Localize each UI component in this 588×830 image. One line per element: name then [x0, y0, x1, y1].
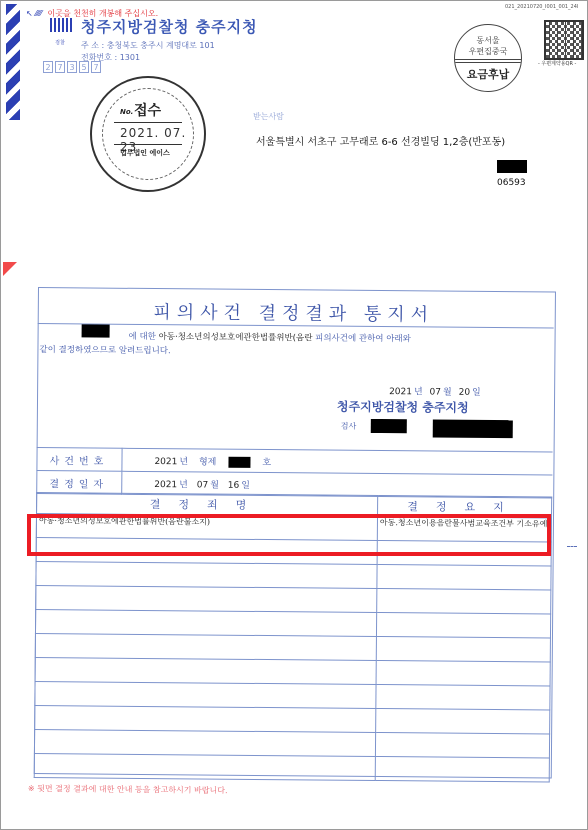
redacted-case-number: [228, 456, 250, 467]
prosecutor-label: 검사: [341, 421, 357, 432]
stamp-no-label: No.: [120, 108, 133, 116]
decision-date-label: 결정일자: [36, 471, 122, 495]
intro-line-2: 같이 결정하였으므로 알려드립니다.: [39, 343, 170, 356]
empty-cell: [35, 682, 376, 709]
intro-line-1: 에 대한 아동·청소년의성보호에관한법률위반(음란 피의사건에 관하여 아래와: [129, 330, 411, 344]
table-row: [34, 754, 549, 782]
case-info-table: 사건번호 2021년 형제호 결정일자 2021년 07월 16일: [36, 447, 552, 499]
empty-cell: [35, 658, 376, 685]
zip-digit: 2: [43, 61, 53, 73]
qr-code-icon: [544, 20, 584, 60]
recipient-label: 받는사람: [253, 111, 284, 122]
stamp-firm: 법무법인 에이스: [120, 148, 170, 158]
empty-cell: [377, 589, 551, 615]
redacted-suspect-name: [82, 324, 110, 337]
empty-cell: [376, 708, 550, 734]
recipient-address: 서울특별시 서초구 고무래로 6-6 선경빌딩 1,2층(반포동): [256, 133, 505, 148]
footnote: ※ 뒷면 결정 결과에 대한 안내 등을 참고하시기 바랍니다.: [28, 783, 228, 796]
redacted-prosecutor-name: [371, 419, 407, 433]
receipt-stamp: No. 접수 2021. 07. 23 법무법인 에이스: [90, 76, 206, 192]
redacted-prosecutor-seal: [433, 419, 513, 438]
empty-cell: [36, 586, 377, 613]
postage-mark: 동서울우편집중국 요금후납: [454, 24, 522, 92]
redacted-recipient-name: [497, 160, 527, 173]
stamp-label: 접수: [134, 100, 161, 120]
margin-mark: [567, 546, 577, 547]
empty-cell: [376, 637, 550, 663]
case-number-label: 사건번호: [36, 448, 122, 472]
postage-fee: 요금후납: [455, 66, 521, 82]
zip-digit: 7: [91, 61, 101, 73]
zip-digit: 3: [67, 61, 77, 73]
qr-caption: - 우편계약용QR -: [538, 60, 576, 67]
tear-arrow-icon: ↖ ⁄⁄⁄⁄⁄: [26, 9, 42, 18]
empty-cell: [376, 613, 550, 639]
postage-divider: [455, 59, 521, 63]
envelope-stripe-border: [6, 4, 20, 120]
highlight-annotation: [27, 514, 551, 556]
empty-cell: [36, 562, 377, 589]
issue-date: 2021년 07월 20일: [389, 384, 485, 398]
logo-caption: 검찰: [44, 39, 76, 46]
empty-cell: [377, 565, 551, 591]
prosecution-logo-icon: [50, 18, 72, 32]
recipient-postcode: 06593: [497, 178, 526, 188]
empty-cell: [376, 661, 550, 687]
sender-address: 주 소 : 충청북도 충주시 계명대로 101: [81, 40, 215, 51]
empty-cell: [35, 634, 376, 661]
empty-cell: [34, 754, 375, 781]
sender-name: 청주지방검찰청 충주지청: [81, 16, 258, 37]
zip-digit: 7: [55, 61, 65, 73]
empty-cell: [34, 730, 375, 757]
zip-digit: 5: [79, 61, 89, 73]
stamp-rule: [114, 144, 182, 145]
postage-office: 동서울우편집중국: [455, 35, 521, 57]
page-fold-marker-icon: [3, 262, 17, 276]
empty-cell: [375, 732, 549, 758]
stamp-rule: [114, 122, 182, 123]
empty-cell: [375, 756, 549, 782]
file-code: 021_20210720_I001_001_24I: [505, 4, 578, 10]
sender-zip-boxes: 2 7 3 5 7: [43, 61, 101, 73]
empty-cell: [35, 610, 376, 637]
empty-cell: [35, 706, 376, 733]
issuing-office: 청주지방검찰청 충주지청: [337, 398, 469, 416]
empty-cell: [376, 685, 550, 711]
header-decided-charge: 결정죄명: [37, 493, 378, 517]
